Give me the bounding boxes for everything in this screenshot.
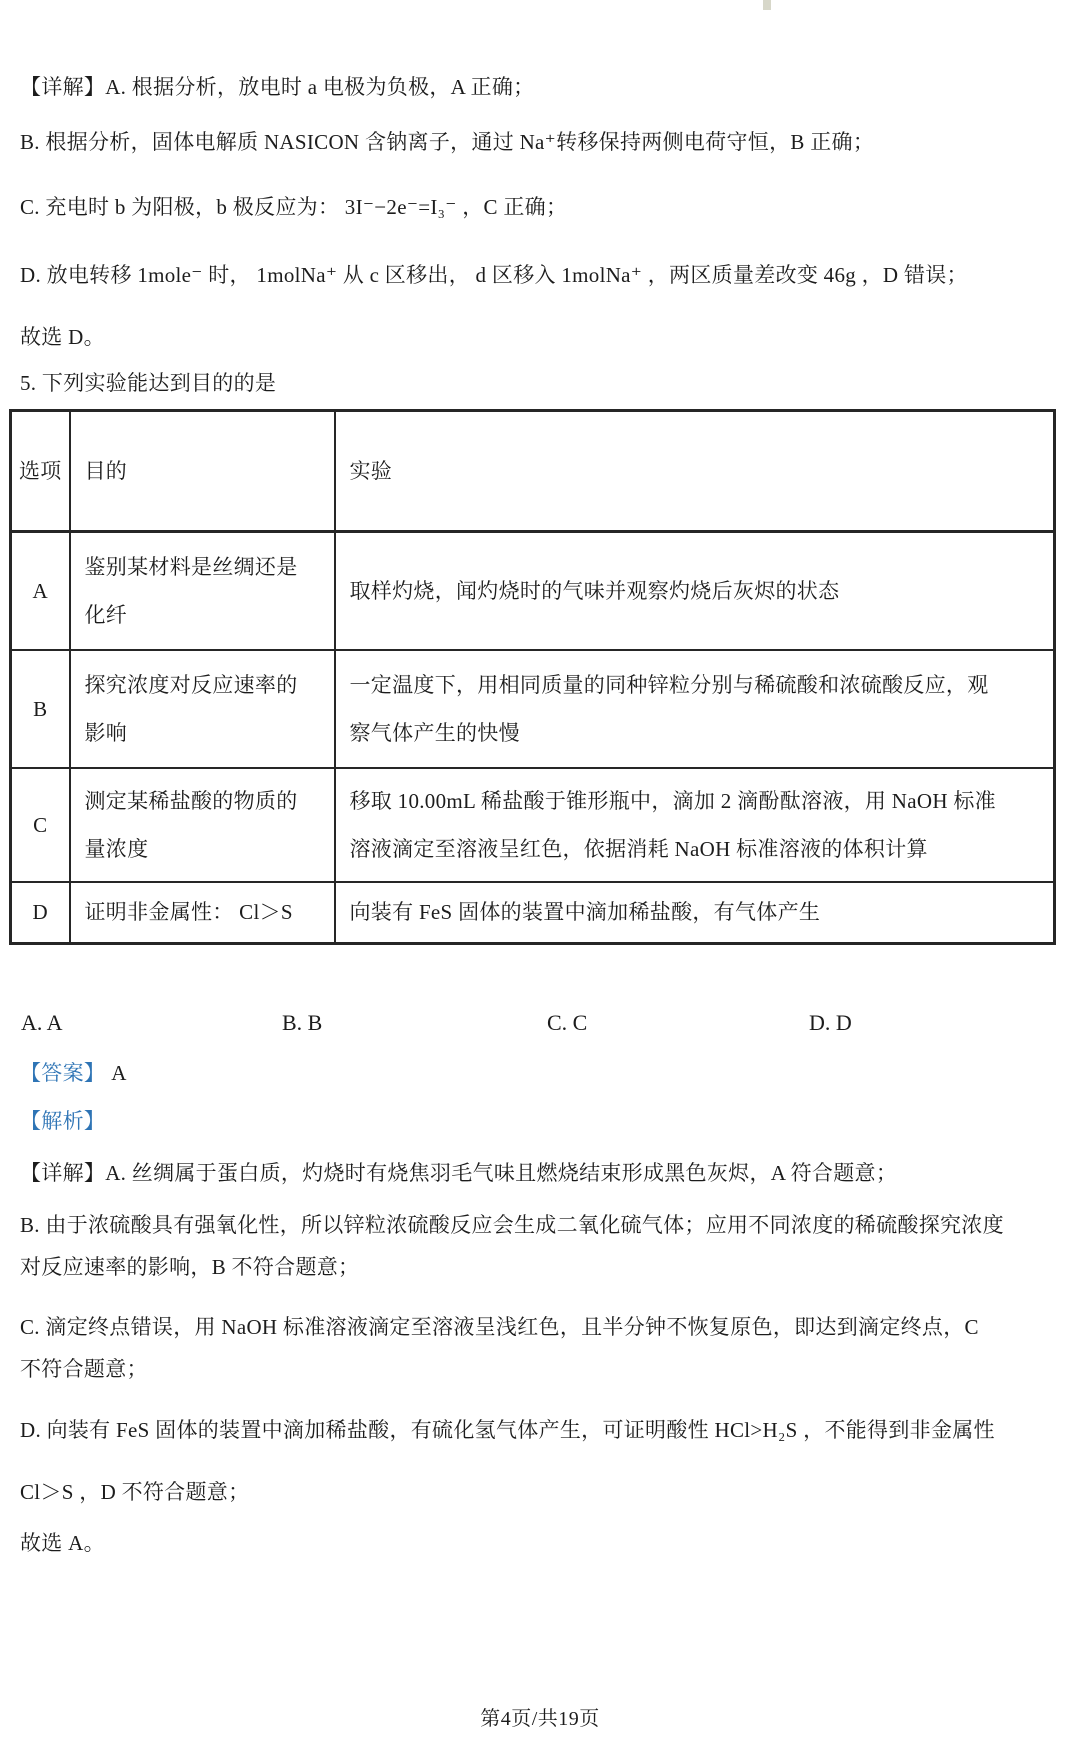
- q5-choice-b: B. B: [282, 1010, 322, 1036]
- q5-row-b-option: B: [11, 650, 70, 768]
- table-row: A 鉴别某材料是丝绸还是化纤 取样灼烧，闻灼烧时的气味并观察灼烧后灰烬的状态: [11, 532, 1055, 650]
- q4-detail-line-a: 【详解】A. 根据分析，放电时 a 电极为负极，A 正确；: [20, 72, 534, 102]
- q5-col-header-experiment: 实验: [335, 411, 1055, 532]
- answer-label: 【答案】: [20, 1061, 105, 1085]
- q4-detail-line-d: D. 放电转移 1mole⁻ 时， 1molNa⁺ 从 c 区移出， d 区移入…: [20, 260, 968, 290]
- analysis-label: 【解析】: [20, 1106, 105, 1136]
- q5-table: 选项 目的 实验 A 鉴别某材料是丝绸还是化纤 取样灼烧，闻灼烧时的气味并观察灼…: [9, 409, 1056, 945]
- q5-detail-line-c2: 不符合题意；: [20, 1354, 148, 1384]
- q5-col-header-option: 选项: [11, 411, 70, 532]
- q5-stem: 5. 下列实验能达到目的的是: [20, 368, 276, 398]
- q5-detail-line-b1: B. 由于浓硫酸具有强氧化性，所以锌粒浓硫酸反应会生成二氧化硫气体；应用不同浓度…: [20, 1210, 1004, 1240]
- q5-detail-line-b2: 对反应速率的影响，B 不符合题意；: [20, 1252, 359, 1282]
- q5-choice-c: C. C: [547, 1010, 587, 1036]
- q5-col-header-purpose: 目的: [70, 411, 335, 532]
- q4-detail-line-c: C. 充电时 b 为阳极，b 极反应为： 3I⁻−2e⁻=I₃⁻ ，C 正确；: [20, 192, 567, 222]
- q5-conclusion: 故选 A。: [20, 1528, 105, 1558]
- q5-row-a-experiment: 取样灼烧，闻灼烧时的气味并观察灼烧后灰烬的状态: [335, 532, 1055, 650]
- q5-choice-a: A. A: [21, 1010, 63, 1036]
- q5-row-c-purpose: 测定某稀盐酸的物质的量浓度: [70, 768, 335, 882]
- table-row: B 探究浓度对反应速率的影响 一定温度下，用相同质量的同种锌粒分别与稀硫酸和浓硫…: [11, 650, 1055, 768]
- q5-detail-line-d2: Cl＞S ，D 不符合题意；: [20, 1477, 249, 1507]
- q5-row-b-experiment: 一定温度下，用相同质量的同种锌粒分别与稀硫酸和浓硫酸反应，观察气体产生的快慢: [335, 650, 1055, 768]
- q4-conclusion: 故选 D。: [20, 322, 105, 352]
- q5-choice-d: D. D: [809, 1010, 852, 1036]
- q5-row-c-experiment: 移取 10.00mL 稀盐酸于锥形瓶中，滴加 2 滴酚酞溶液，用 NaOH 标准…: [335, 768, 1055, 882]
- table-row: C 测定某稀盐酸的物质的量浓度 移取 10.00mL 稀盐酸于锥形瓶中，滴加 2…: [11, 768, 1055, 882]
- q5-row-d-option: D: [11, 882, 70, 944]
- q5-row-a-option: A: [11, 532, 70, 650]
- scan-artifact: [763, 0, 771, 10]
- q5-row-b-purpose: 探究浓度对反应速率的影响: [70, 650, 335, 768]
- q5-row-a-purpose: 鉴别某材料是丝绸还是化纤: [70, 532, 335, 650]
- q5-detail-line-c1: C. 滴定终点错误，用 NaOH 标准溶液滴定至溶液呈浅红色，且半分钟不恢复原色…: [20, 1312, 979, 1342]
- exam-page: 【详解】A. 根据分析，放电时 a 电极为负极，A 正确； B. 根据分析，固体…: [0, 0, 1080, 1752]
- q5-choices-row: A. A B. B C. C D. D: [0, 1010, 1080, 1040]
- q5-detail-line-d1: D. 向装有 FeS 固体的装置中滴加稀盐酸，有硫化氢气体产生，可证明酸性 HC…: [20, 1415, 995, 1445]
- table-row: D 证明非金属性： Cl＞S 向装有 FeS 固体的装置中滴加稀盐酸，有气体产生: [11, 882, 1055, 944]
- q5-row-c-option: C: [11, 768, 70, 882]
- q5-answer-line: 【答案】A: [20, 1058, 127, 1088]
- answer-value: A: [111, 1061, 126, 1085]
- q4-detail-line-b: B. 根据分析，固体电解质 NASICON 含钠离子，通过 Na⁺转移保持两侧电…: [20, 127, 874, 157]
- page-footer: 第4页/共19页: [0, 1702, 1080, 1731]
- q5-detail-line-a: 【详解】A. 丝绸属于蛋白质，灼烧时有烧焦羽毛气味且燃烧结束形成黑色灰烬，A 符…: [20, 1158, 897, 1188]
- q5-row-d-experiment: 向装有 FeS 固体的装置中滴加稀盐酸，有气体产生: [335, 882, 1055, 944]
- q5-table-header-row: 选项 目的 实验: [11, 411, 1055, 532]
- q5-row-d-purpose: 证明非金属性： Cl＞S: [70, 882, 335, 944]
